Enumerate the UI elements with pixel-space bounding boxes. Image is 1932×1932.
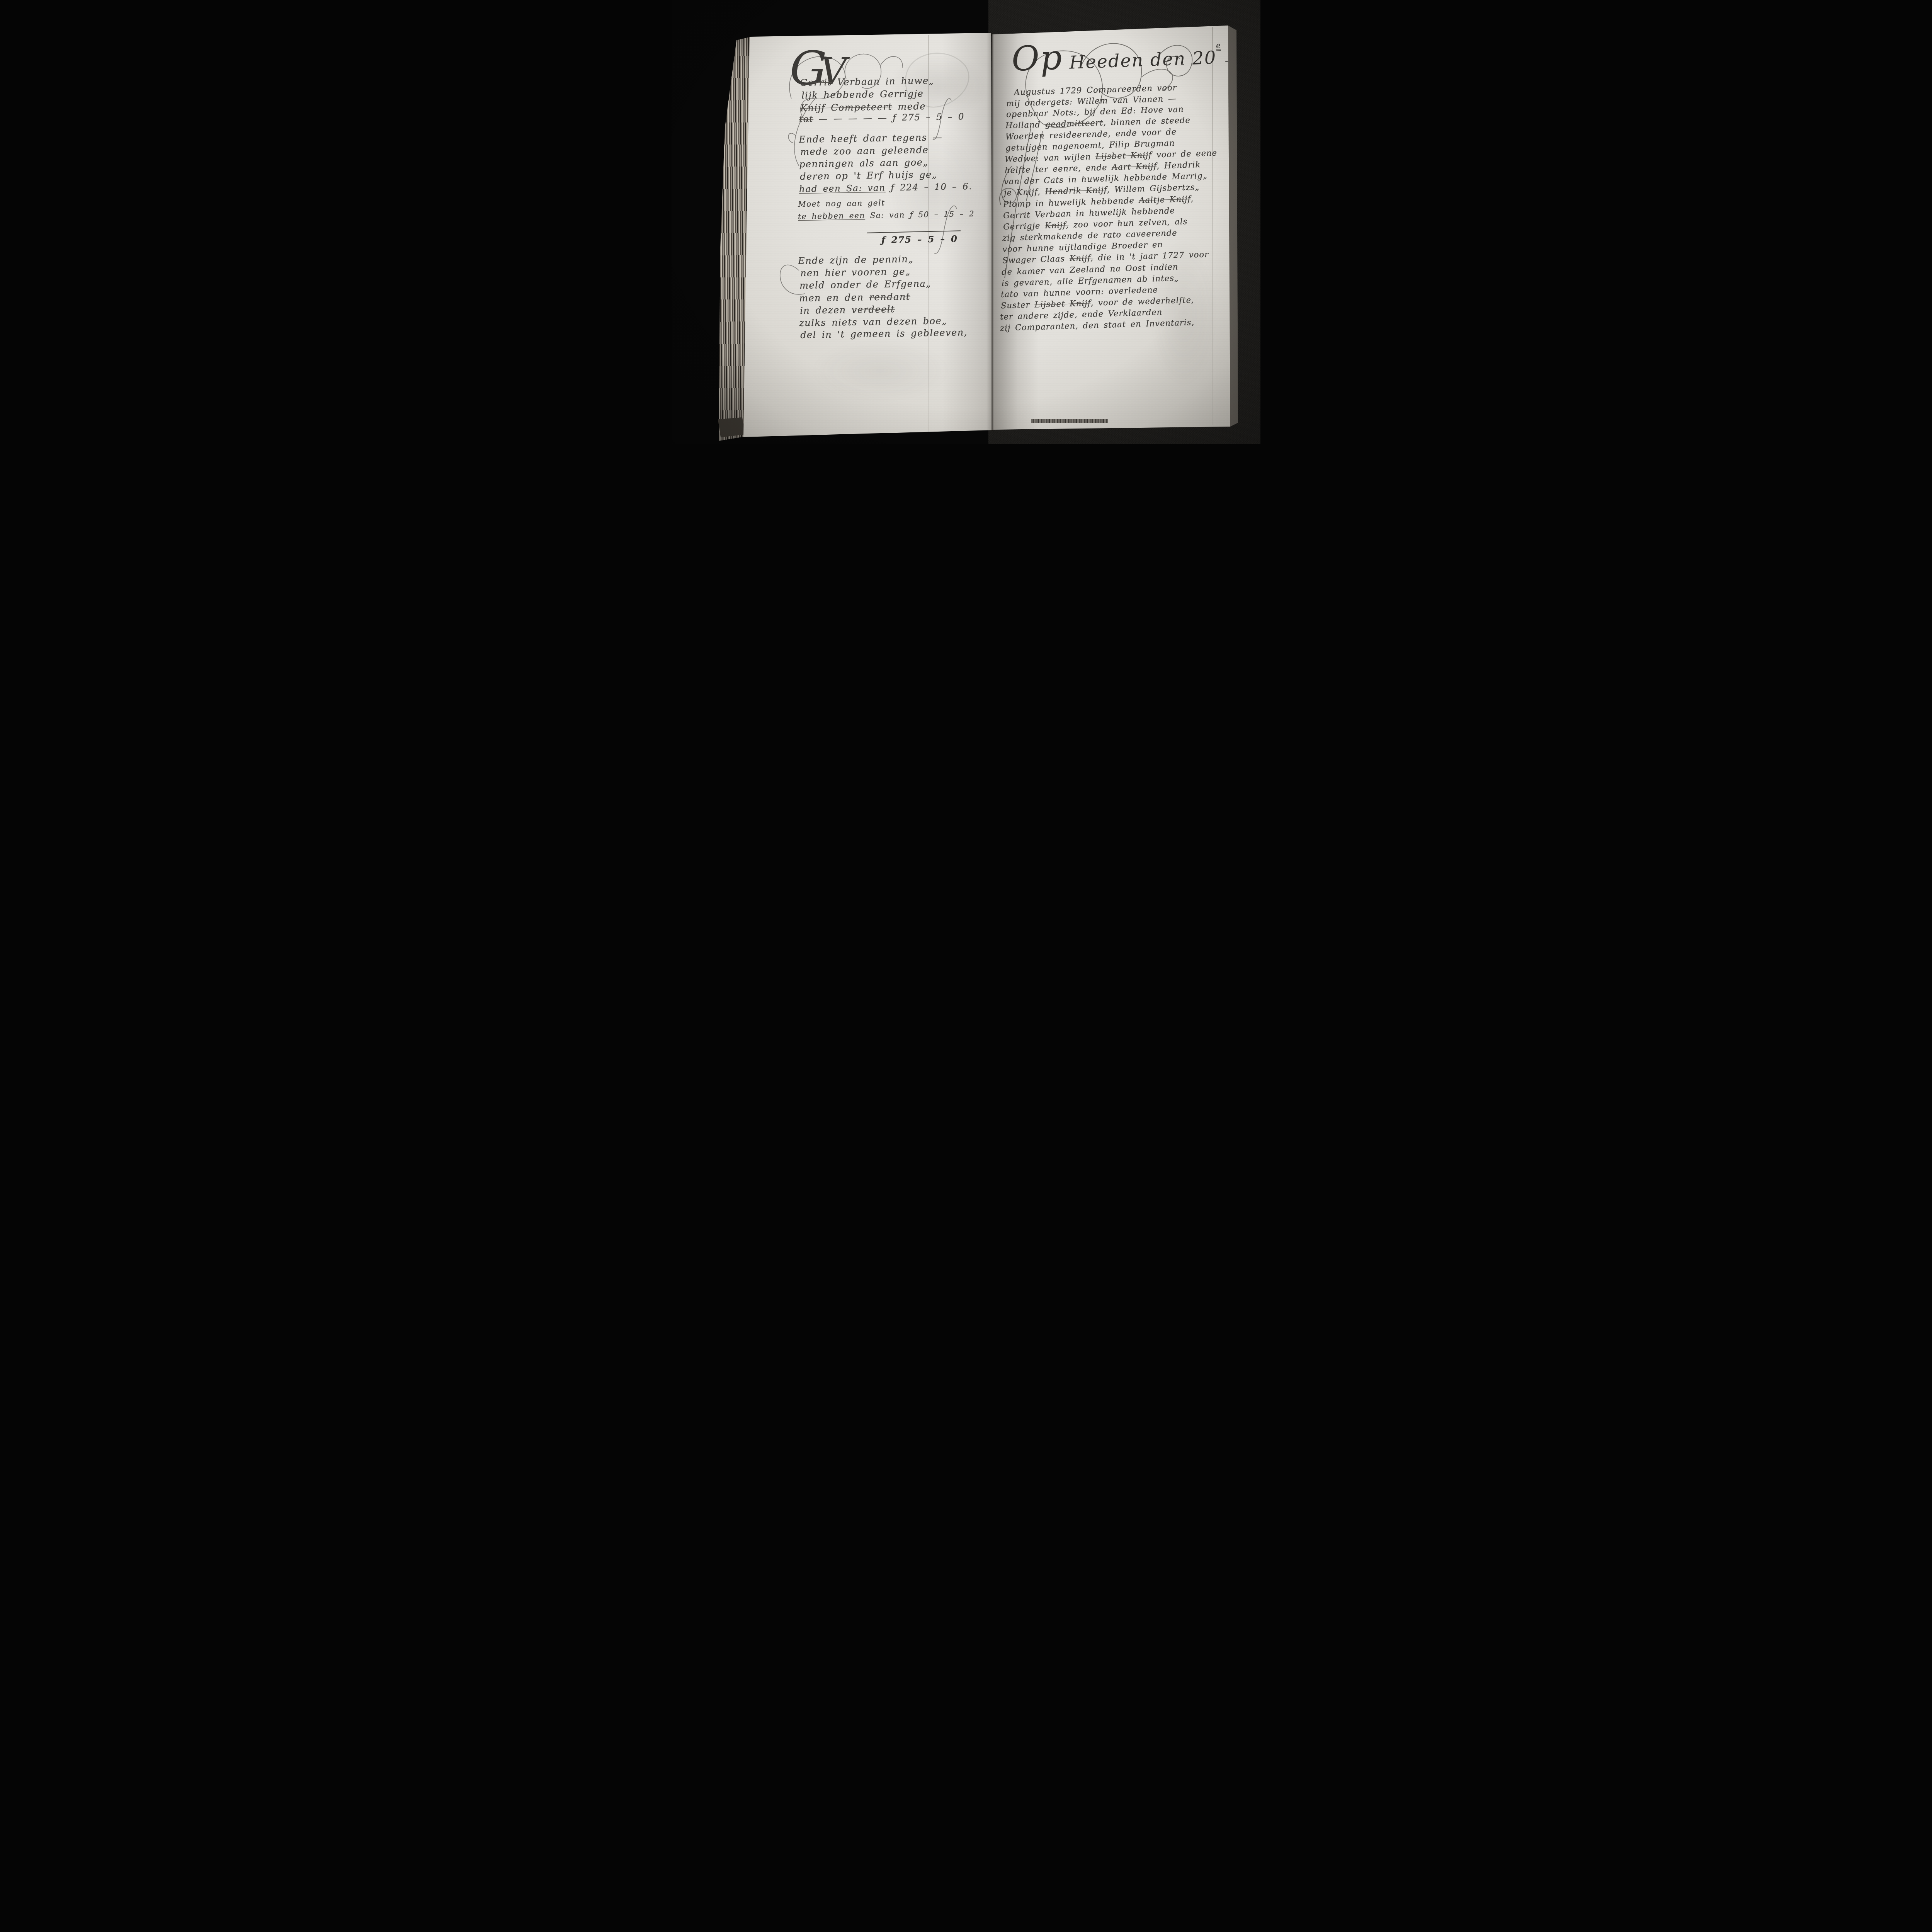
manuscript-line: meld onder de Erfgena„	[799, 278, 931, 291]
cover-corner	[718, 417, 745, 437]
gutter-shadow-line	[991, 33, 994, 431]
manuscript-line: deren op 't Erf huijs ge„	[800, 169, 937, 182]
manuscript-line: mede zoo aan geleende	[800, 145, 929, 157]
manuscript-line: nen hier vooren ge„	[800, 266, 911, 279]
left-gutter-shadow	[942, 31, 994, 433]
manuscript-line: Knijf Competeert mede	[800, 101, 926, 114]
manuscript-line: Gerrit Verbaan in huwe„	[800, 75, 934, 88]
manuscript-line: Ende zijn de pennin„	[798, 253, 914, 266]
title-superscript: e	[1216, 41, 1221, 51]
manuscript-line: men en den rendant	[799, 291, 910, 304]
manuscript-line: lijk hebbende Gerrigje	[801, 88, 924, 101]
right-gutter-shadow	[992, 23, 1039, 433]
manuscript-line: in dezen verdeelt	[800, 304, 895, 316]
bottom-page-block-edge	[1031, 419, 1108, 423]
manuscript-line: Moet nog aan gelt	[798, 198, 885, 209]
manuscript-line: Ende heeft daar tegens —	[799, 132, 942, 145]
manuscript-line: penningen als aan goe„	[799, 157, 929, 170]
book-photo: GV Gerrit Verbaan in huwe„lijk hebbende …	[672, 0, 1260, 444]
